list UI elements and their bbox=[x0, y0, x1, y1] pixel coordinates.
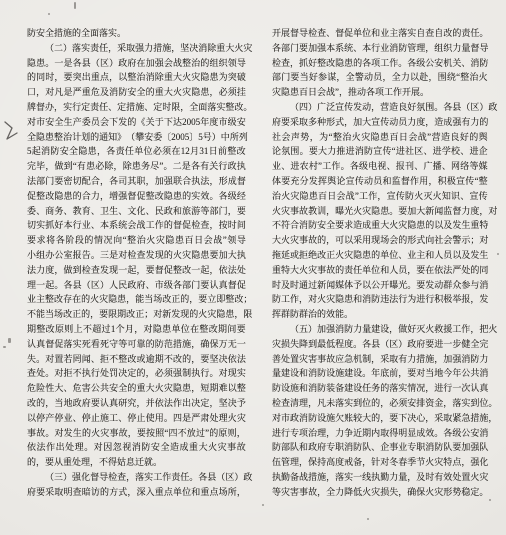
scan-speck bbox=[262, 504, 264, 506]
text-line: 不能当场改正的，要限期改正；对新发现的火灾隐患，限 bbox=[27, 307, 246, 322]
text-line: 事故。对发生的火灾事故，要按照“四不放过”的原则， bbox=[27, 426, 246, 441]
document-page: 防安全措施的全面落实。（二）落实责任，采取强力措施，坚决消除重大火灾隐患。一是各… bbox=[0, 0, 506, 535]
scan-speck bbox=[74, 2, 76, 9]
text-line: 体要充分发挥舆论宣传动员和监督作用，积极宣传“整 bbox=[272, 174, 488, 189]
text-line: 开展督导检查、督促单位和业主落实自查自改的责任。 bbox=[272, 26, 488, 41]
text-line: 大火灾事故的，可以采用现场会的形式向社会警示；对 bbox=[272, 233, 488, 248]
text-line: （五）加强消防力量建设，做好灭火救援工作，把火 bbox=[272, 322, 488, 337]
text-line: 执勤备战措施，落实一线执勤力量，及时有效处置火灾 bbox=[272, 470, 488, 485]
text-line: 法力度，做到检查发现一起，要督促整改一起，依法处 bbox=[27, 263, 246, 278]
text-line: 理一起。各县（区）人民政府、市级各部门要认真督促 bbox=[27, 278, 246, 293]
text-line: 5起消防安全隐患，各责任单位必须在12月31日前整改 bbox=[27, 144, 246, 159]
text-line: 拖延或拒绝改正火灾隐患的单位、业主和人员以及发生 bbox=[272, 248, 488, 263]
text-line: 业、进农村”工作。各级电视、报刊、广播、网络等媒 bbox=[272, 159, 488, 174]
text-line: 失。对置若罔闻、拒不整改或逾期不改的，要坚决依法 bbox=[27, 352, 246, 367]
text-line: 检查，抓好整改隐患的各项工作。各级公安机关、消防 bbox=[272, 56, 488, 71]
scan-speck bbox=[489, 499, 491, 501]
text-line: 促整改隐患的合力，增强督促整改隐患的实效。各级经 bbox=[27, 189, 246, 204]
text-line: 防部队和政府专职消防队、企事业专职消防队要加强队 bbox=[272, 440, 488, 455]
text-line: 防设施和消防装备建设任务的落实情况，进行一次认真 bbox=[272, 381, 488, 396]
text-line: 依法作出处理。对因忽视消防安全造成重大火灾事故 bbox=[27, 440, 246, 455]
text-line: 灾隐患百日会战”，推动各项工作开展。 bbox=[272, 85, 488, 100]
text-line: 防安全措施的全面落实。 bbox=[27, 26, 246, 41]
text-line: 府要采取明查暗访的方式，深入重点单位和重点场所， bbox=[27, 485, 246, 500]
text-line: 部门要当好参谋，全警动员，全力以赴，围绕“整治火 bbox=[272, 70, 488, 85]
text-line: 检查清理，凡未落实到位的，必须安排资金，落实到位。 bbox=[272, 396, 488, 411]
text-line: 火灾事故教训，曝光火灾隐患。要加大新闻监督力度，对 bbox=[272, 204, 488, 219]
scan-speck bbox=[367, 518, 369, 520]
scan-speck bbox=[210, 168, 212, 170]
text-line: 等灾害事故，全力降低火灾损失，确保火灾形势稳定。 bbox=[272, 485, 488, 500]
text-line: 量建设和消防设施建设。年底前，要对当地今年公共消 bbox=[272, 366, 488, 381]
scan-speck bbox=[3, 346, 6, 348]
text-line: 伍管理，保持高度戒备，针对冬春季节火灾特点，强化 bbox=[272, 455, 488, 470]
handwritten-tick-icon bbox=[2, 120, 20, 144]
text-line: 论氛围。要大力推进消防宣传“进社区、进学校、进企 bbox=[272, 144, 488, 159]
text-line: 不符合消防安全要求造成重大火灾隐患的以及发生重特 bbox=[272, 218, 488, 233]
text-line: 期整改原则上不超过1个月，对隐患单位在整改期间要 bbox=[27, 322, 246, 337]
text-line: 要求将各阶段的情况向“整治火灾隐患百日会战”领导 bbox=[27, 233, 246, 248]
text-line: 挥群防群治的效能。 bbox=[272, 307, 488, 322]
text-line: 以停产停业、停止施工、停止使用。四是严肃处理火灾 bbox=[27, 411, 246, 426]
text-line: 法部门要密切配合，各司其职，加强联合执法，形成督 bbox=[27, 174, 246, 189]
text-line: 府要采取多种形式，加大宣传动员力度，造成强有力的 bbox=[272, 115, 488, 130]
text-line: 的，要从重处理，不得姑息迁就。 bbox=[27, 455, 246, 470]
scanned-document-page: { "page": { "width": 506, "height": 535,… bbox=[0, 0, 506, 535]
text-line: 完毕，做到“有患必除，除患务尽”。二是各有关行政执 bbox=[27, 159, 246, 174]
text-line: 认真督促落实死看死守等可靠的防范措施，确保万无一 bbox=[27, 337, 246, 352]
text-line: 查处。对拒不执行处罚决定的，必须强制执行。对现实 bbox=[27, 366, 246, 381]
text-line: 隐患。一是各县（区）政府在加强会战整治的组织领导 bbox=[27, 56, 246, 71]
scan-speck bbox=[497, 253, 499, 255]
text-line: 社会声势，为“整治火灾隐患百日会战”营造良好的舆 bbox=[272, 130, 488, 145]
scan-speck bbox=[8, 338, 11, 343]
text-line: 全隐患整治计划的通知》（攀安委〔2005〕5号）中所列 bbox=[27, 130, 246, 145]
text-line: 切实抓好本行业、本系统会战工作的督促检查，按时间 bbox=[27, 218, 246, 233]
text-line: 时及时通过新闻媒体予以公开曝光。要发动群众参与消 bbox=[272, 278, 488, 293]
text-column-right: 开展督导检查、督促单位和业主落实自查自改的责任。各部门要加强本系统、本行业消防管… bbox=[272, 26, 488, 500]
text-line: 委、商务、教育、卫生、文化、民政和旅游等部门，要 bbox=[27, 204, 246, 219]
text-line: 小组办公室报告。三是对检查发现的火灾隐患要加大执 bbox=[27, 248, 246, 263]
text-line: 进行专项治理，力争近期内取得明显成效。各级公安消 bbox=[272, 426, 488, 441]
text-line: 对市政消防设施欠账较大的，要下决心，采取紧急措施， bbox=[272, 411, 488, 426]
text-line: 牌督办，实行定责任、定措施、定时限，全面落实整改。 bbox=[27, 100, 246, 115]
text-line: （二）落实责任，采取强力措施，坚决消除重大火灾 bbox=[27, 41, 246, 56]
text-line: 改的，当地政府要认真研究，并依法作出决定，坚决予 bbox=[27, 396, 246, 411]
text-line: 危险性大、危害公共安全的重大火灾隐患，短期难以整 bbox=[27, 381, 246, 396]
text-column-left: 防安全措施的全面落实。（二）落实责任，采取强力措施，坚决消除重大火灾隐患。一是各… bbox=[27, 26, 246, 500]
text-line: 对市安全生产委员会下发的《关于下达2005年度市级安 bbox=[27, 115, 246, 130]
text-line: （四）广泛宣传发动，营造良好氛围。各县（区）政 bbox=[272, 100, 488, 115]
text-line: 的同时，要突出重点，以整治消除重大火灾隐患为突破 bbox=[27, 70, 246, 85]
text-line: 业主整改存在的火灾隐患，能当场改正的，要立即整改； bbox=[27, 292, 246, 307]
text-line: 灾损失降到最低程度。各县（区）政府要进一步健全完 bbox=[272, 337, 488, 352]
text-line: 善处置灾害事故应急机制，采取有力措施，加强消防力 bbox=[272, 352, 488, 367]
text-line: 各部门要加强本系统、本行业消防管理，组织力量督导 bbox=[272, 41, 488, 56]
text-line: 治火灾隐患百日会战”工作，宣传防火灭火知识、宣传 bbox=[272, 189, 488, 204]
text-line: （三）强化督导检查，落实工作责任。各县（区）政 bbox=[27, 470, 246, 485]
scan-speck bbox=[48, 13, 50, 15]
text-line: 口，对凡是严重危及消防安全的重大火灾隐患，必须挂 bbox=[27, 85, 246, 100]
text-line: 重特大火灾事故的责任单位和人员，要在依法严处的同 bbox=[272, 263, 488, 278]
text-line: 防工作，对火灾隐患和消防违法行为进行积极举报，发 bbox=[272, 292, 488, 307]
